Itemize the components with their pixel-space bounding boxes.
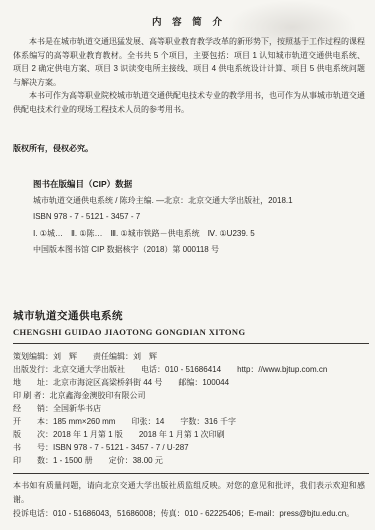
row-value: ISBN 978 - 7 - 5121 - 3457 - 7 / U·287 xyxy=(53,443,189,452)
row-value: 电话：010 - 51686414 xyxy=(141,365,221,374)
colophon-row-format: 开 本：185 mm×260 mm印张：14字数：316 千字 xyxy=(13,415,365,428)
row-label: 策划编辑： xyxy=(13,352,53,361)
book-title-block: 城市轨道交通供电系统 CHENGSHI GUIDAO JIAOTONG GONG… xyxy=(13,308,365,337)
cip-heading: 图书在版编目（CIP）数据 xyxy=(33,176,365,193)
row-label: 出版发行： xyxy=(13,365,53,374)
row-label: 地 址： xyxy=(13,378,53,387)
row-value: 185 mm×260 mm xyxy=(53,417,115,426)
row-label: 印 数： xyxy=(13,456,53,465)
row-value: 邮编：100044 xyxy=(178,378,229,387)
copyright-notice: 版权所有，侵权必究。 xyxy=(13,143,365,154)
colophon-row-address: 地 址：北京市海淀区高梁桥斜街 44 号邮编：100044 xyxy=(13,376,365,389)
row-value: 定价：38.00 元 xyxy=(109,456,163,465)
row-value: 2018 年 1 月第 1 次印刷 xyxy=(139,430,225,439)
row-value: 字数：316 千字 xyxy=(180,417,236,426)
feedback-line: 本书如有质量问题，请向北京交通大学出版社质监组反映。对您的意见和批评，我们表示欢… xyxy=(13,479,365,507)
book-title-pinyin: CHENGSHI GUIDAO JIAOTONG GONGDIAN XITONG xyxy=(13,327,365,337)
divider-rule-top xyxy=(13,343,369,344)
colophon-row-edition: 版 次：2018 年 1 月第 1 版2018 年 1 月第 1 次印刷 xyxy=(13,428,365,441)
cip-classification: Ⅰ. ①城… Ⅱ. ①陈… Ⅲ. ①城市铁路－供电系统 Ⅳ. ①U239. 5 xyxy=(33,226,365,243)
colophon-row-publisher: 出版发行：北京交通大学出版社电话：010 - 51686414http：//ww… xyxy=(13,363,365,376)
divider-rule-bottom xyxy=(13,473,369,474)
cip-block: 图书在版编目（CIP）数据 城市轨道交通供电系统 / 陈玲主编. —北京：北京交… xyxy=(33,176,365,259)
summary-paragraph-1: 本书是在城市轨道交通迅猛发展、高等职业教育教学改革的新形势下，按照基于工作过程的… xyxy=(13,35,365,89)
cip-isbn: ISBN 978 - 7 - 5121 - 3457 - 7 xyxy=(33,209,365,226)
cip-title-line: 城市轨道交通供电系统 / 陈玲主编. —北京：北京交通大学出版社，2018.1 xyxy=(33,193,365,210)
colophon: 策划编辑：刘 辉责任编辑：刘 辉 出版发行：北京交通大学出版社电话：010 - … xyxy=(13,350,365,467)
colophon-row-distributor: 经 销：全国新华书店 xyxy=(13,402,365,415)
summary-paragraph-2: 本书可作为高等职业院校城市轨道交通供配电技术专业的教学用书，也可作为从事城市轨道… xyxy=(13,89,365,116)
quality-feedback-note: 本书如有质量问题，请向北京交通大学出版社质监组反映。对您的意见和批评，我们表示欢… xyxy=(13,479,365,521)
row-value: 责任编辑：刘 辉 xyxy=(93,352,157,361)
row-label: 印 刷 者： xyxy=(13,391,49,400)
row-value: 刘 辉 xyxy=(53,352,77,361)
colophon-row-editors: 策划编辑：刘 辉责任编辑：刘 辉 xyxy=(13,350,365,363)
row-value: 全国新华书店 xyxy=(53,404,101,413)
row-label: 经 销： xyxy=(13,404,53,413)
colophon-row-printer: 印 刷 者：北京鑫海金澳胶印有限公司 xyxy=(13,389,365,402)
row-value: 北京市海淀区高梁桥斜街 44 号 xyxy=(53,378,162,387)
row-value: 北京交通大学出版社 xyxy=(53,365,125,374)
row-value: 2018 年 1 月第 1 版 xyxy=(53,430,123,439)
content-summary-heading: 内 容 简 介 xyxy=(13,14,365,28)
copyright-page: 内 容 简 介 本书是在城市轨道交通迅猛发展、高等职业教育教学改革的新形势下，按… xyxy=(0,0,375,530)
publisher-url: http：//www.bjtup.com.cn xyxy=(237,365,327,374)
complaint-contact-line: 投诉电话：010 - 51686043，51686008；传真：010 - 62… xyxy=(13,507,365,521)
row-label: 版 次： xyxy=(13,430,53,439)
row-value: 北京鑫海金澳胶印有限公司 xyxy=(49,391,145,400)
colophon-row-print-run: 印 数：1 - 1500 册定价：38.00 元 xyxy=(13,454,365,467)
row-value: 1 - 1500 册 xyxy=(53,456,93,465)
cip-record-number: 中国版本图书馆 CIP 数据核字（2018）第 000118 号 xyxy=(33,242,365,259)
book-title: 城市轨道交通供电系统 xyxy=(13,308,365,323)
row-label: 开 本： xyxy=(13,417,53,426)
row-label: 书 号： xyxy=(13,443,53,452)
colophon-row-book-number: 书 号：ISBN 978 - 7 - 5121 - 3457 - 7 / U·2… xyxy=(13,441,365,454)
row-value: 印张：14 xyxy=(131,417,164,426)
